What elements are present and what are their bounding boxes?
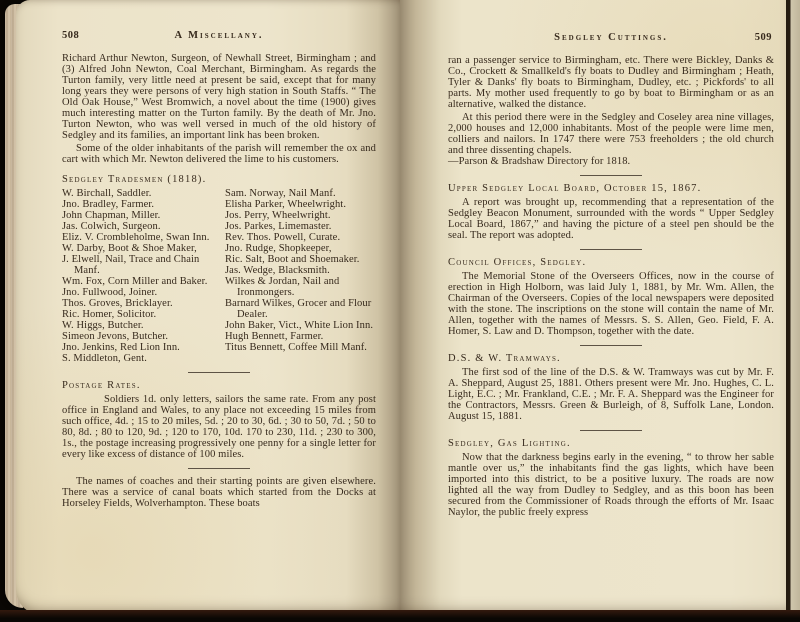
tradesmen-list: W. Birchall, Saddler. Jno. Bradley, Farm… bbox=[62, 188, 376, 364]
book-scan: 508 A Miscellany. Richard Arthur Newton,… bbox=[0, 0, 800, 622]
right-running-title: Sedgley Cuttings. bbox=[448, 32, 774, 43]
list-item: Simeon Jevons, Butcher. bbox=[62, 331, 211, 342]
coaches-paragraph: The names of coaches and their starting … bbox=[62, 476, 376, 509]
list-item: Sam. Norway, Nail Manf. bbox=[225, 188, 376, 199]
list-item: Jos. Parkes, Limemaster. bbox=[225, 221, 376, 232]
book-right-edge bbox=[786, 0, 800, 616]
left-page: 508 A Miscellany. Richard Arthur Newton,… bbox=[16, 0, 400, 614]
list-item: Elisha Parker, Wheelwright. bbox=[225, 199, 376, 210]
list-item: Titus Bennett, Coffee Mill Manf. bbox=[225, 342, 376, 353]
right-page-content: Sedgley Cuttings. 509 ran a passenger se… bbox=[448, 32, 774, 518]
list-item: Barnard Wilkes, Grocer and Flour Dealer. bbox=[225, 298, 376, 320]
period-paragraph: At this period there were in the Sedgley… bbox=[448, 112, 774, 156]
tradesmen-column-1: W. Birchall, Saddler. Jno. Bradley, Farm… bbox=[62, 188, 211, 364]
list-item: Thos. Groves, Bricklayer. bbox=[62, 298, 211, 309]
tradesmen-column-2: Sam. Norway, Nail Manf. Elisha Parker, W… bbox=[225, 188, 376, 364]
tradesmen-heading: Sedgley Tradesmen (1818). bbox=[62, 174, 376, 185]
left-running-title: A Miscellany. bbox=[62, 30, 376, 41]
section-heading: Sedgley, Gas Lighting. bbox=[448, 438, 774, 449]
period-attribution: —Parson & Bradshaw Directory for 1818. bbox=[448, 156, 774, 167]
section-divider bbox=[580, 249, 642, 250]
second-paragraph: Some of the older inhabitants of the par… bbox=[62, 143, 376, 165]
list-item: Jas. Wedge, Blacksmith. bbox=[225, 265, 376, 276]
continuation-paragraph: ran a passenger service to Birmingham, e… bbox=[448, 55, 774, 110]
section-heading: Council Offices, Sedgley. bbox=[448, 257, 774, 268]
list-item: Ric. Salt, Boot and Shoemaker. bbox=[225, 254, 376, 265]
section-body: The first sod of the line of the D.S. & … bbox=[448, 367, 774, 422]
section-upper-sedgley-local-board: Upper Sedgley Local Board, October 15, 1… bbox=[448, 183, 774, 241]
right-page-number: 509 bbox=[755, 32, 772, 43]
scan-bottom-shadow bbox=[0, 610, 800, 622]
right-page: Sedgley Cuttings. 509 ran a passenger se… bbox=[400, 0, 788, 614]
list-item: Jno. Jenkins, Red Lion Inn. bbox=[62, 342, 211, 353]
section-divider bbox=[580, 175, 642, 176]
list-item: Wm. Fox, Corn Miller and Baker. bbox=[62, 276, 211, 287]
list-item: John Baker, Vict., White Lion Inn. bbox=[225, 320, 376, 331]
list-item: J. Elwell, Nail, Trace and Chain Manf. bbox=[62, 254, 211, 276]
list-item: Jas. Colwich, Surgeon. bbox=[62, 221, 211, 232]
left-running-head: 508 A Miscellany. bbox=[62, 30, 376, 43]
section-body: The Memorial Stone of the Overseers Offi… bbox=[448, 271, 774, 337]
list-item: W. Darby, Boot & Shoe Maker, bbox=[62, 243, 211, 254]
section-heading: D.S. & W. Tramways. bbox=[448, 353, 774, 364]
section-body: A report was brought up, recommending th… bbox=[448, 197, 774, 241]
list-item: Eliz. V. Crombleholme, Swan Inn. bbox=[62, 232, 211, 243]
list-item: Hugh Bennett, Farmer. bbox=[225, 331, 376, 342]
section-divider bbox=[188, 372, 250, 373]
list-item: Wilkes & Jordan, Nail and Ironmongers. bbox=[225, 276, 376, 298]
list-item: Rev. Thos. Powell, Curate. bbox=[225, 232, 376, 243]
list-item: Jno. Rudge, Shopkeeper, bbox=[225, 243, 376, 254]
list-item: Jno. Bradley, Farmer. bbox=[62, 199, 211, 210]
section-heading: Upper Sedgley Local Board, October 15, 1… bbox=[448, 183, 774, 194]
list-item: Jos. Perry, Wheelwright. bbox=[225, 210, 376, 221]
list-item: Jno. Fullwood, Joiner. bbox=[62, 287, 211, 298]
intro-paragraph: Richard Arthur Newton, Surgeon, of Newha… bbox=[62, 53, 376, 141]
right-running-head: Sedgley Cuttings. 509 bbox=[448, 32, 774, 45]
section-tramways: D.S. & W. Tramways. The first sod of the… bbox=[448, 353, 774, 422]
section-divider bbox=[188, 468, 250, 469]
left-page-content: 508 A Miscellany. Richard Arthur Newton,… bbox=[62, 30, 376, 509]
section-gas-lighting: Sedgley, Gas Lighting. Now that the dark… bbox=[448, 438, 774, 518]
section-divider bbox=[580, 430, 642, 431]
list-item: W. Higgs, Butcher. bbox=[62, 320, 211, 331]
list-item: John Chapman, Miller. bbox=[62, 210, 211, 221]
section-divider bbox=[580, 345, 642, 346]
postage-heading: Postage Rates. bbox=[62, 380, 376, 391]
list-item: W. Birchall, Saddler. bbox=[62, 188, 211, 199]
list-item: S. Middleton, Gent. bbox=[62, 353, 211, 364]
list-item: Ric. Homer, Solicitor. bbox=[62, 309, 211, 320]
postage-paragraph: Soldiers 1d. only letters, sailors the s… bbox=[62, 394, 376, 460]
section-body: Now that the darkness begins early in th… bbox=[448, 452, 774, 518]
section-council-offices: Council Offices, Sedgley. The Memorial S… bbox=[448, 257, 774, 337]
